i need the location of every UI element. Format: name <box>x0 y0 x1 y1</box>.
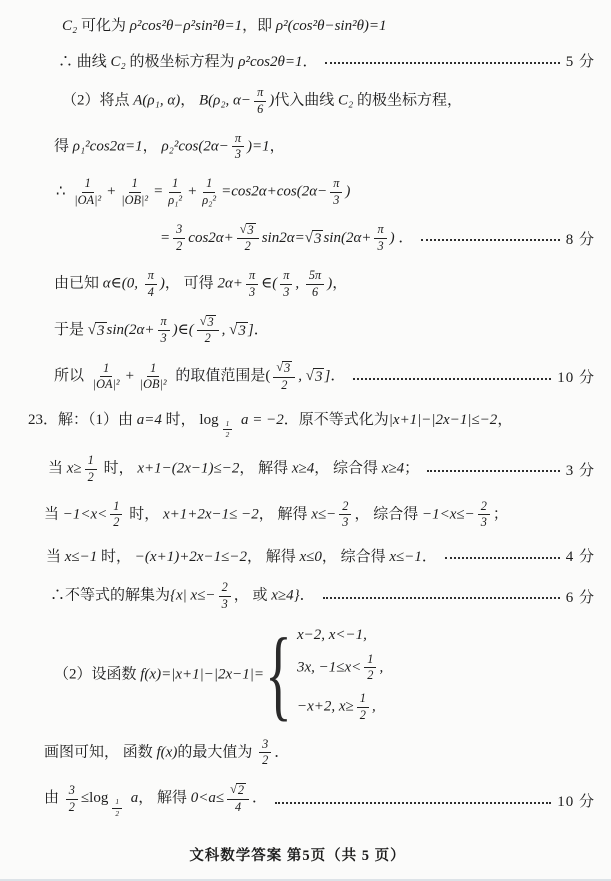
fraction: 32 <box>173 223 185 254</box>
line-content: 当 x≥12 时， x+1−(2x−1)≤−2， 解得 x≥4， 综合得 x≥4… <box>48 454 419 485</box>
text-run: ．原不等式化为 <box>284 412 389 428</box>
text-run: 的最大值为 <box>177 744 256 760</box>
math-run: x≥4 <box>292 461 314 477</box>
fraction-denominator: 2 <box>224 430 232 439</box>
fraction-denominator: |OA|² <box>91 377 122 392</box>
fraction: √32 <box>197 315 219 347</box>
sqrt-value: 3 <box>236 322 248 340</box>
line-content: ∴不等式的解集为{x| x≤−23， 或 x≥4}． <box>50 581 315 612</box>
math-run: π <box>257 86 263 100</box>
math-line: （2）将点 A(ρ₁, α)， B(ρ₂, α−π6)代入曲线 C₂ 的极坐标方… <box>62 86 595 117</box>
fraction-numerator: 1 <box>169 177 181 193</box>
math-line: ∴不等式的解集为{x| x≤−23， 或 x≥4}．6 分 <box>50 581 595 612</box>
math-run: 1 <box>113 500 119 514</box>
math-run: )∈( <box>173 322 194 338</box>
math-run: , <box>379 659 383 675</box>
text-run: 于是 <box>54 322 88 338</box>
text-run: 时， <box>162 412 200 428</box>
sqrt-radical: √2 <box>230 783 246 798</box>
score-label: 10 分 <box>557 366 595 387</box>
math-run: −1<x< <box>63 506 108 522</box>
text-run: ； <box>404 461 419 477</box>
line-content: 画图可知， 函数 f(x)的最大值为 32． <box>44 738 289 769</box>
text-run: log <box>89 790 108 806</box>
fraction-denominator: 3 <box>220 597 230 612</box>
math-run: π <box>235 132 241 146</box>
fraction-numerator: 1 <box>147 362 159 378</box>
fraction: π3 <box>232 132 244 163</box>
math-run: 2 <box>115 810 119 818</box>
math-run: 3 <box>235 148 241 162</box>
math-run: 5π <box>309 269 321 283</box>
text-run: ∴ 曲线 <box>58 54 111 70</box>
math-run: + <box>187 184 197 200</box>
math-run: 3 <box>377 240 383 254</box>
math-run: 3 <box>176 223 182 237</box>
text-run: ； <box>493 506 508 522</box>
math-run: |x+1|−|2x−1|≤−2 <box>389 412 498 428</box>
fraction: √24 <box>227 783 249 815</box>
math-run: C₂ <box>111 54 126 70</box>
math-run: = <box>160 230 170 246</box>
text-run: 的极坐标方程为 <box>126 54 239 70</box>
line-content: 当 x≤−1 时， −(x+1)+2x−1≤−2， 解得 x≤0， 综合得 x≤… <box>46 545 437 566</box>
fraction: 23 <box>478 500 490 531</box>
fraction-numerator: π <box>145 269 157 285</box>
case-row: x−2, x<−1, <box>297 627 367 644</box>
math-line: 于是 √3sin(2α+π3)∈(√32, √3]． <box>54 315 595 347</box>
text-run: ， 解得 <box>138 790 191 806</box>
fraction: 12 <box>357 692 369 723</box>
fraction: √32 <box>237 223 259 255</box>
math-run: x≤− <box>311 506 336 522</box>
fraction: 1|OB|² <box>119 177 150 208</box>
text-run: ∴不等式的解集为 <box>50 588 170 604</box>
answer-content: C₂ 可化为 ρ²cos²θ−ρ²sin²θ=1，即 ρ²(cos²θ−sin²… <box>0 14 595 833</box>
math-run: 6 <box>257 103 263 117</box>
math-run: 4 <box>235 801 241 815</box>
fraction-denominator: 3 <box>281 285 291 300</box>
math-run: cos2α+ <box>188 230 234 246</box>
math-run: ρ²cos2θ=1 <box>238 54 302 70</box>
fraction-denominator: 3 <box>479 515 489 530</box>
fraction-denominator: 3 <box>247 285 257 300</box>
sqrt-radical: √3 <box>276 361 292 376</box>
math-run: 3 <box>208 315 214 329</box>
math-run: 3 <box>222 598 228 612</box>
fraction-denominator: 4 <box>146 285 156 300</box>
text-run: ． <box>252 790 267 806</box>
math-run: 2α+ <box>217 276 243 292</box>
math-run: 3 <box>249 286 255 300</box>
fraction-numerator: 1 <box>129 177 141 193</box>
math-run: 4 <box>148 286 154 300</box>
fraction-denominator: 2 <box>67 800 77 815</box>
math-run: 2 <box>281 379 287 393</box>
sqrt-value: 3 <box>282 361 292 376</box>
math-run: 3 <box>262 738 268 752</box>
math-run: ρ₂²cos(2α− <box>161 138 228 154</box>
fraction-numerator: π <box>280 269 292 285</box>
math-line: =32cos2α+√32sin2α=√3sin(2α+π3) ．8 分 <box>160 223 595 255</box>
fraction-denominator: 3 <box>375 239 385 254</box>
fraction-denominator: 2 <box>260 753 270 768</box>
fraction-denominator: |OB|² <box>119 193 150 208</box>
math-run: −1<x≤− <box>422 506 475 522</box>
score-label: 3 分 <box>566 459 595 480</box>
math-line: 所以 1|OA|²+1|OB|² 的取值范围是(√32, √3]．10 分 <box>54 361 595 393</box>
math-run: 2 <box>481 500 487 514</box>
sqrt-value: 3 <box>246 223 256 238</box>
fraction: 23 <box>339 500 351 531</box>
fraction: 5π6 <box>306 269 324 300</box>
fraction-denominator: 3 <box>340 515 350 530</box>
math-run: |OA|² <box>74 194 101 208</box>
dotted-leader <box>445 557 560 559</box>
line-content: 所以 1|OA|²+1|OB|² 的取值范围是(√32, √3]． <box>54 361 345 393</box>
math-run: x≥4 <box>382 461 404 477</box>
text-run: ， 解得 <box>239 461 292 477</box>
subscript: 12 <box>220 420 236 440</box>
line-content: C₂ 可化为 ρ²cos²θ−ρ²sin²θ=1，即 ρ²(cos²θ−sin²… <box>62 14 387 35</box>
fraction-numerator: 1 <box>203 177 215 193</box>
math-run: ρ₂² <box>202 194 216 208</box>
math-run: B(ρ₂, α− <box>199 93 251 109</box>
sqrt-radical: √3 <box>305 230 324 248</box>
cases-rows: x−2, x<−1,3x, −1≤x<12,−x+2, x≥12, <box>297 627 383 723</box>
fraction-numerator: 1 <box>100 362 112 378</box>
math-run: x+1−(2x−1)≤−2 <box>137 461 239 477</box>
line-content: ∴ 1|OA|²+1|OB|²=1ρ₁²+1ρ₂²=cos2α+cos(2α−π… <box>56 177 350 208</box>
sqrt-value: 2 <box>236 783 246 798</box>
math-run: )=1 <box>247 138 270 154</box>
math-run: 2 <box>113 516 119 530</box>
math-run: a <box>127 790 138 806</box>
fraction: 12 <box>85 454 97 485</box>
math-run: α∈(0, <box>103 276 142 292</box>
math-run: π <box>283 269 289 283</box>
fraction: 1ρ₂² <box>200 177 218 208</box>
math-run: 1 <box>226 420 230 428</box>
fraction-numerator: √3 <box>197 315 219 332</box>
dotted-leader <box>427 470 560 472</box>
fraction: 1|OA|² <box>72 177 103 208</box>
sqrt-value: 3 <box>313 368 325 386</box>
math-run: C₂ <box>338 93 353 109</box>
score-label: 8 分 <box>566 228 595 249</box>
math-run: |OB|² <box>121 194 148 208</box>
math-run: 3 <box>283 286 289 300</box>
sqrt-radical: √3 <box>229 322 248 340</box>
score-label: 5 分 <box>566 50 595 71</box>
fraction: π6 <box>254 86 266 117</box>
math-run: 2 <box>69 801 75 815</box>
math-run: 2 <box>367 669 373 683</box>
text-run: ， 可得 <box>165 276 218 292</box>
line-content: ∴ 曲线 C₂ 的极坐标方程为 ρ²cos2θ=1． <box>58 50 317 71</box>
fraction-denominator: 3 <box>233 147 243 162</box>
math-run: 6 <box>312 286 318 300</box>
sqrt-radical: √3 <box>200 315 216 330</box>
math-run: 3 <box>69 784 75 798</box>
sqrt-value: 3 <box>312 230 324 248</box>
fraction-denominator: 3 <box>331 193 341 208</box>
fraction-numerator: π <box>246 269 258 285</box>
math-run: 1 <box>132 177 138 191</box>
math-run: 3x, −1≤x< <box>297 659 361 675</box>
math-run: x+1+2x−1≤ −2 <box>163 506 259 522</box>
fraction-numerator: 2 <box>219 581 231 597</box>
math-line: ∴ 曲线 C₂ 的极坐标方程为 ρ²cos2θ=1．5 分 <box>58 50 595 71</box>
math-run: a = −2 <box>237 412 284 428</box>
math-run: x≤0 <box>299 549 321 565</box>
fraction: π4 <box>145 269 157 300</box>
text-run: 得 <box>54 138 73 154</box>
fraction: 12 <box>110 500 122 531</box>
text-run: 代入曲线 <box>274 93 338 109</box>
math-run: {x| x≤− <box>170 588 216 604</box>
fraction: 23 <box>219 581 231 612</box>
line-content: 于是 √3sin(2α+π3)∈(√32, √3]． <box>54 315 269 347</box>
math-line: 当 −1<x<12 时， x+1+2x−1≤ −2， 解得 x≤−23， 综合得… <box>44 500 595 531</box>
math-run: 1 <box>103 362 109 376</box>
text-run: ， 解得 <box>247 549 300 565</box>
math-run: −x+2, x≥ <box>297 699 354 715</box>
math-run: , <box>222 322 230 338</box>
math-run: |OB|² <box>140 378 167 392</box>
fraction-numerator: 3 <box>66 784 78 800</box>
math-run: 2 <box>238 783 244 797</box>
math-run: f(x)=|x+1|−|2x−1|= <box>140 666 264 682</box>
math-run: 1 <box>360 692 366 706</box>
math-run: 3 <box>314 231 322 247</box>
math-run: sin(2α+ <box>323 230 371 246</box>
math-run: 1 <box>367 653 373 667</box>
math-run: π <box>161 315 167 329</box>
fraction-denominator: |OB|² <box>138 377 169 392</box>
fraction: π3 <box>246 269 258 300</box>
fraction-numerator: 1 <box>223 420 233 430</box>
fraction-denominator: 2 <box>174 239 184 254</box>
line-content: （2）将点 A(ρ₁, α)， B(ρ₂, α−π6)代入曲线 C₂ 的极坐标方… <box>62 86 462 117</box>
text-run: ， 综合得 <box>314 461 382 477</box>
fraction-numerator: 1 <box>110 500 122 516</box>
math-run: ) <box>345 184 350 200</box>
math-run: ∈( <box>261 276 277 292</box>
text-run: 时， <box>97 549 135 565</box>
text-run: 可化为 <box>77 18 130 34</box>
line-content: =32cos2α+√32sin2α=√3sin(2α+π3) ． <box>160 223 413 255</box>
sqrt-value: 3 <box>206 315 216 330</box>
fraction-denominator: |OA|² <box>72 193 103 208</box>
document-page: C₂ 可化为 ρ²cos²θ−ρ²sin²θ=1，即 ρ²(cos²θ−sin²… <box>0 0 611 881</box>
math-run: = <box>153 184 163 200</box>
math-run: 3 <box>248 223 254 237</box>
fraction-denominator: 6 <box>310 285 320 300</box>
fraction: 1|OA|² <box>91 362 122 393</box>
line-content: （2）设函数 f(x)=|x+1|−|2x−1|={x−2, x<−1,3x, … <box>54 627 383 723</box>
math-run: 2 <box>262 754 268 768</box>
text-run: 由 <box>44 790 63 806</box>
text-run: ． <box>395 230 414 246</box>
math-run: sin(2α+ <box>107 322 155 338</box>
fraction: π3 <box>158 315 170 346</box>
case-row: −x+2, x≥12, <box>297 692 376 723</box>
page-footer: 文科数学答案 第5页（共 5 页） <box>0 844 595 873</box>
math-run: =cos2α+cos(2α− <box>221 184 327 200</box>
math-run: ρ²(cos²θ−sin²θ)=1 <box>276 18 387 34</box>
math-line: ∴ 1|OA|²+1|OB|²=1ρ₁²+1ρ₂²=cos2α+cos(2α−π… <box>56 177 595 208</box>
math-run: 3 <box>481 516 487 530</box>
fraction: 1|OB|² <box>138 362 169 393</box>
fraction: √32 <box>273 361 295 393</box>
text-run: ， <box>143 138 162 154</box>
line-content: 23．解：（1）由 a=4 时， log12 a = −2．原不等式化为|x+1… <box>28 408 512 439</box>
fraction-numerator: √2 <box>227 783 249 800</box>
text-run: ． <box>302 54 317 70</box>
math-run: 2 <box>360 709 366 723</box>
line-content: 由 32≤log12 a， 解得 0<a≤√24． <box>44 783 267 818</box>
math-run: 2 <box>245 240 251 254</box>
math-run: −(x+1)+2x−1≤−2 <box>135 549 247 565</box>
piecewise-cases: {x−2, x<−1,3x, −1≤x<12,−x+2, x≥12, <box>266 627 383 723</box>
math-run: 2 <box>176 240 182 254</box>
fraction-numerator: π <box>330 177 342 193</box>
text-run: ∴ <box>56 184 69 200</box>
math-line: C₂ 可化为 ρ²cos²θ−ρ²sin²θ=1，即 ρ²(cos²θ−sin²… <box>62 14 595 35</box>
text-run: ． <box>330 368 345 384</box>
text-run: 23．解：（1）由 <box>28 412 137 428</box>
fraction-denominator: 2 <box>243 239 253 254</box>
text-run: ． <box>254 322 269 338</box>
math-run: , <box>372 699 376 715</box>
text-run: 的取值范围是( <box>172 368 271 384</box>
text-run: 当 <box>44 506 63 522</box>
math-run: a=4 <box>137 412 162 428</box>
text-run: log <box>199 412 218 428</box>
math-line: （2）设函数 f(x)=|x+1|−|2x−1|={x−2, x<−1,3x, … <box>54 627 595 723</box>
fraction: 12 <box>112 798 122 818</box>
math-run: + <box>125 368 135 384</box>
math-run: 1 <box>150 362 156 376</box>
math-run: 1 <box>115 798 119 806</box>
dotted-leader <box>325 62 559 64</box>
text-run: 当 <box>48 461 67 477</box>
fraction-numerator: 1 <box>112 798 122 808</box>
math-run: ρ₁²cos2α=1 <box>73 138 143 154</box>
text-run: ． <box>422 549 437 565</box>
math-run: , <box>295 276 303 292</box>
sqrt-radical: √3 <box>240 223 256 238</box>
dotted-leader <box>421 239 559 241</box>
fraction: 12 <box>364 653 376 684</box>
fraction-denominator: 2 <box>279 378 289 393</box>
math-run: 1 <box>85 177 91 191</box>
math-run: 0<a≤ <box>191 790 224 806</box>
dotted-leader <box>323 597 560 599</box>
math-line: 当 x≥12 时， x+1−(2x−1)≤−2， 解得 x≥4， 综合得 x≥4… <box>48 454 595 485</box>
math-run: 2 <box>205 332 211 346</box>
math-run: + <box>106 184 116 200</box>
fraction-denominator: 2 <box>111 515 121 530</box>
math-run: 3 <box>315 369 323 385</box>
text-run: 时， <box>125 506 163 522</box>
math-run: 3 <box>342 516 348 530</box>
text-run: ． <box>300 588 315 604</box>
math-line: 画图可知， 函数 f(x)的最大值为 32． <box>44 738 595 769</box>
math-run: sin2α= <box>262 230 305 246</box>
fraction: 1ρ₁² <box>166 177 184 208</box>
fraction: π3 <box>330 177 342 208</box>
math-run: ≤ <box>81 790 89 806</box>
text-run: （2）设函数 <box>54 666 140 682</box>
fraction: π3 <box>280 269 292 300</box>
math-run: x≥4} <box>271 588 299 604</box>
sqrt-radical: √3 <box>88 322 107 340</box>
text-run: 由已知 <box>54 276 103 292</box>
dotted-leader <box>353 378 551 380</box>
math-run: 2 <box>226 431 230 439</box>
fraction-numerator: π <box>158 315 170 331</box>
math-line: 由 32≤log12 a， 解得 0<a≤√24．10 分 <box>44 783 595 818</box>
fraction-numerator: 3 <box>173 223 185 239</box>
score-label: 6 分 <box>566 586 595 607</box>
text-run: 画图可知， 函数 <box>44 744 157 760</box>
fraction-denominator: 2 <box>113 809 121 818</box>
math-run: f(x) <box>157 744 178 760</box>
fraction-numerator: 1 <box>364 653 376 669</box>
text-run: ，即 <box>242 18 276 34</box>
fraction: π3 <box>374 223 386 254</box>
score-label: 10 分 <box>557 790 595 811</box>
math-line: 23．解：（1）由 a=4 时， log12 a = −2．原不等式化为|x+1… <box>28 408 595 439</box>
math-run: 1 <box>88 454 94 468</box>
fraction-denominator: 2 <box>358 708 368 723</box>
text-run: ， <box>180 93 199 109</box>
text-run: ， <box>497 412 512 428</box>
math-run: x≤−1 <box>65 549 98 565</box>
cases-brace-icon: { <box>265 629 292 721</box>
line-content: 当 −1<x<12 时， x+1+2x−1≤ −2， 解得 x≤−23， 综合得… <box>44 500 508 531</box>
text-run: ， <box>332 276 347 292</box>
fraction-numerator: π <box>374 223 386 239</box>
fraction-numerator: 1 <box>357 692 369 708</box>
math-run: 3 <box>284 361 290 375</box>
sqrt-radical: √3 <box>306 368 325 386</box>
fraction-denominator: 2 <box>365 668 375 683</box>
fraction: 12 <box>223 420 233 440</box>
math-line: 得 ρ₁²cos2α=1， ρ₂²cos(2α−π3)=1， <box>54 132 595 163</box>
text-run: ， 综合得 <box>322 549 390 565</box>
score-label: 4 分 <box>566 545 595 566</box>
math-run: 2 <box>222 581 228 595</box>
fraction-denominator: 4 <box>233 800 243 815</box>
fraction-numerator: √3 <box>237 223 259 240</box>
fraction-numerator: 2 <box>478 500 490 516</box>
math-run: 3 <box>333 194 339 208</box>
fraction-numerator: 3 <box>259 738 271 754</box>
fraction-denominator: 3 <box>159 331 169 346</box>
math-run: x≤−1 <box>389 549 422 565</box>
fraction-numerator: 1 <box>85 454 97 470</box>
math-run: ρ²cos²θ−ρ²sin²θ=1 <box>130 18 242 34</box>
math-run: 1 <box>206 177 212 191</box>
fraction-numerator: π <box>254 86 266 102</box>
math-run: π <box>148 269 154 283</box>
math-run: x−2, x<−1, <box>297 627 367 643</box>
math-line: 由已知 α∈(0, π4)， 可得 2α+π3∈(π3, 5π6)， <box>54 269 595 300</box>
math-run: 2 <box>88 471 94 485</box>
